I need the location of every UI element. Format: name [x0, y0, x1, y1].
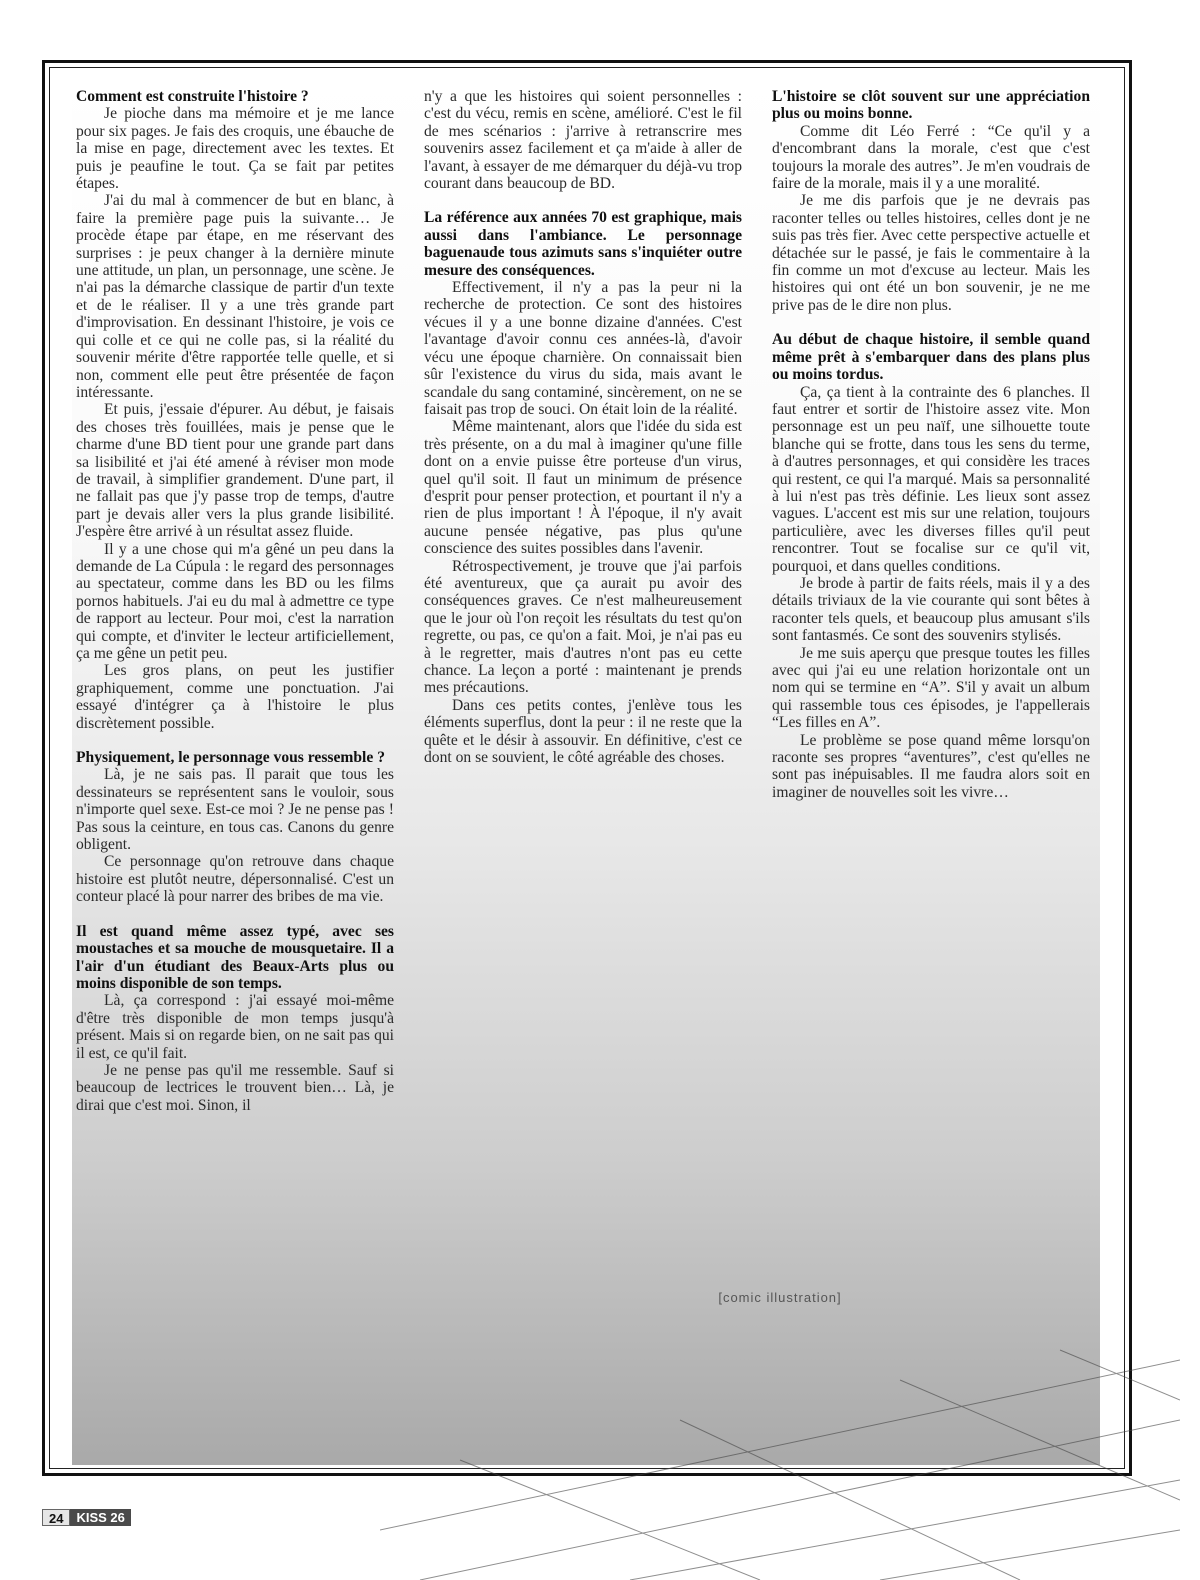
- paragraph-gap: [424, 192, 742, 209]
- interview-answer: Même maintenant, alors que l'idée du sid…: [424, 418, 742, 557]
- interview-answer: Je brode à partir de faits réels, mais i…: [772, 575, 1090, 645]
- interview-answer: Rétrospectivement, je trouve que j'ai pa…: [424, 558, 742, 697]
- interview-question: Physiquement, le personnage vous ressemb…: [76, 749, 394, 766]
- tile-floor-icon: [380, 1060, 1180, 1580]
- interview-answer: Il y a une chose qui m'a gêné un peu dan…: [76, 541, 394, 663]
- interview-question: L'histoire se clôt souvent sur une appré…: [772, 88, 1090, 123]
- interview-answer: J'ai du mal à commencer de but en blanc,…: [76, 192, 394, 401]
- article-column-2: n'y a que les histoires qui soient perso…: [424, 88, 742, 766]
- interview-answer-continuation: n'y a que les histoires qui soient perso…: [424, 88, 742, 192]
- interview-answer: Le problème se pose quand même lorsqu'on…: [772, 732, 1090, 802]
- comic-illustration: [comic illustration]: [380, 1060, 1180, 1580]
- interview-answer: Dans ces petits contes, j'enlève tous le…: [424, 697, 742, 767]
- interview-answer: Effectivement, il n'y a pas la peur ni l…: [424, 279, 742, 418]
- interview-question: Il est quand même assez typé, avec ses m…: [76, 923, 394, 993]
- interview-question: Comment est construite l'histoire ?: [76, 88, 394, 105]
- interview-answer: Ça, ça tient à la contrainte des 6 planc…: [772, 384, 1090, 575]
- interview-answer: Ce personnage qu'on retrouve dans chaque…: [76, 853, 394, 905]
- interview-answer: Là, je ne sais pas. Il parait que tous l…: [76, 766, 394, 853]
- interview-answer: Comme dit Léo Ferré : “Ce qu'il y a d'en…: [772, 123, 1090, 193]
- interview-answer: Les gros plans, on peut les justifier gr…: [76, 662, 394, 732]
- interview-answer: Je me suis aperçu que presque toutes les…: [772, 645, 1090, 732]
- paragraph-gap: [76, 906, 394, 923]
- interview-answer: Je ne pense pas qu'il me ressemble. Sauf…: [76, 1062, 394, 1114]
- paragraph-gap: [76, 732, 394, 749]
- illustration-placeholder-label: [comic illustration]: [380, 1290, 1180, 1305]
- interview-question: La référence aux années 70 est graphique…: [424, 209, 742, 279]
- interview-answer: Je me dis parfois que je ne devrais pas …: [772, 192, 1090, 314]
- paragraph-gap: [772, 314, 1090, 331]
- interview-answer: Là, ça correspond : j'ai essayé moi-même…: [76, 992, 394, 1062]
- page-number: 24: [42, 1509, 70, 1526]
- interview-answer: Et puis, j'essaie d'épurer. Au début, je…: [76, 401, 394, 540]
- page-footer: 24 KISS 26: [42, 1509, 131, 1526]
- interview-question: Au début de chaque histoire, il semble q…: [772, 331, 1090, 383]
- interview-answer: Je pioche dans ma mémoire et je me lance…: [76, 105, 394, 192]
- magazine-issue-label: KISS 26: [70, 1509, 130, 1526]
- article-column-1: Comment est construite l'histoire ? Je p…: [76, 88, 394, 1114]
- article-column-3: L'histoire se clôt souvent sur une appré…: [772, 88, 1090, 801]
